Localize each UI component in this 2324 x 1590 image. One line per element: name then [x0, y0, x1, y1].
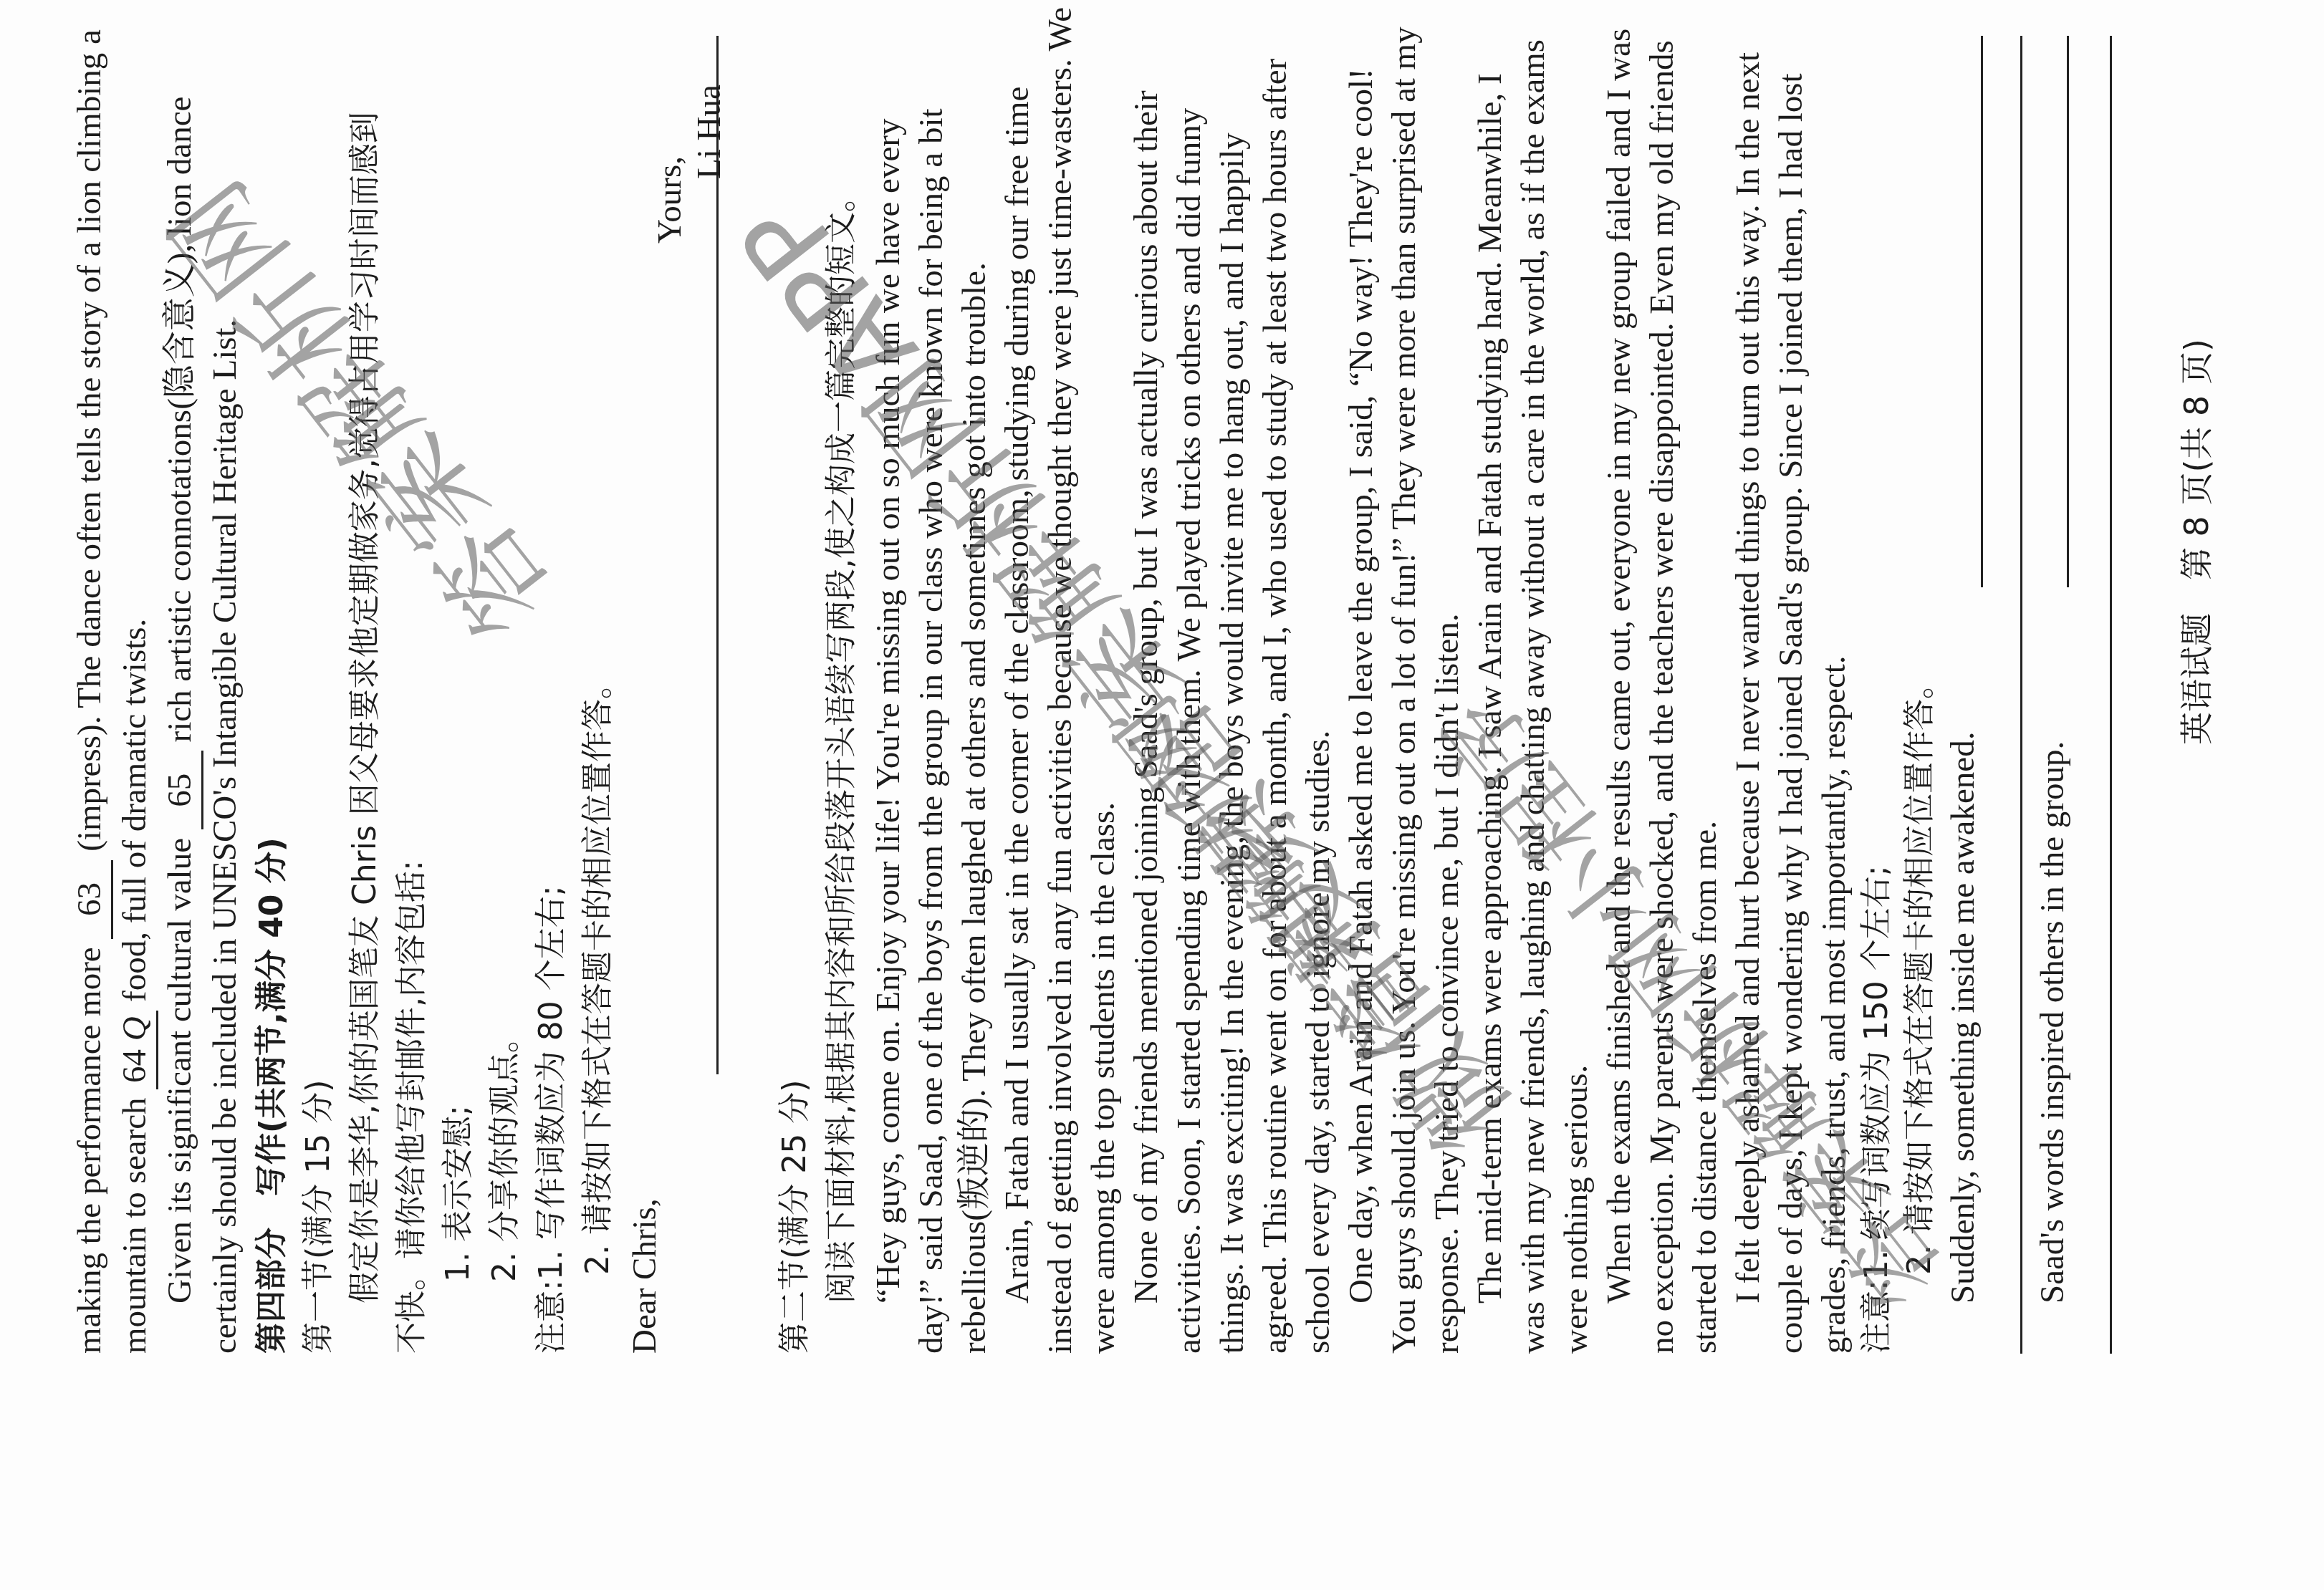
- section2-heading: 第二节(满分 25 分): [774, 1080, 817, 1354]
- part4-heading: 第四部分 写作(共两节,满分 40 分): [251, 837, 294, 1354]
- answer-line[interactable]: [2020, 36, 2022, 1354]
- answer-line[interactable]: [2067, 36, 2069, 587]
- text: making the performance more: [71, 947, 108, 1354]
- section1-prompt-cont: 不快。请你给他写封邮件,内容包括:: [390, 860, 433, 1354]
- notes-label: 注意:: [1858, 1280, 1895, 1354]
- passage-line: mountain to search 64 Q food, full of dr…: [113, 619, 158, 1354]
- page-footer: 英语试题 第 8 页(共 8 页): [2171, 339, 2218, 745]
- section2-notes-2: 2. 请按如下格式在答题卡的相应位置作答。: [1898, 668, 1941, 1275]
- section2-instruction: 阅读下面材料,根据其内容和所给段落开头语续写两段,使之构成一篇完整的短文。: [820, 180, 863, 1354]
- notes-label: 注意:: [533, 1280, 570, 1354]
- passage-line: You guys should join us. You're missing …: [1383, 29, 1426, 1354]
- blank-64[interactable]: 64 Q: [113, 1011, 158, 1089]
- passage-line: instead of getting involved in any fun a…: [1039, 29, 1082, 1354]
- note: 1. 写作词数应为 80 个左右;: [533, 885, 570, 1280]
- text: (impress). The dance often tells the sto…: [71, 29, 108, 852]
- text: mountain to search: [116, 1097, 153, 1354]
- section2-notes-1: 注意:1. 续写词数应为 150 个左右;: [1855, 865, 1898, 1354]
- passage-line: When the exams finished and the results …: [1598, 0, 1641, 1354]
- passage-line: were among the top students in the class…: [1082, 29, 1125, 1354]
- text: rich artistic connotations(隐含意义), lion d…: [161, 97, 198, 743]
- handwritten-note: Q: [116, 1016, 153, 1041]
- passage-line: “Hey guys, come on. Enjoy your life! You…: [867, 0, 910, 1354]
- passage-line: activities. Soon, I started spending tim…: [1168, 29, 1211, 1354]
- notes-1: 注意:1. 写作词数应为 80 个左右;: [530, 885, 573, 1354]
- blank-63[interactable]: 63: [68, 860, 113, 939]
- rotated-exam-page: making the performance more 63 (impress)…: [0, 0, 2324, 1590]
- exam-page: making the performance more 63 (impress)…: [0, 0, 2324, 1590]
- answer-line[interactable]: [2110, 36, 2112, 1354]
- text: Given its significant cultural value: [161, 838, 198, 1304]
- footer-subject: 英语试题: [2177, 613, 2216, 745]
- passage-line: school every day, started to ignore my s…: [1297, 29, 1340, 1354]
- section1-heading: 第一节(满分 15 分): [297, 1080, 340, 1354]
- passage-line: things. It was exciting! In the evening,…: [1211, 29, 1254, 1354]
- point-2: 2. 分享你的观点。: [484, 1021, 527, 1332]
- blank-65[interactable]: 65: [158, 751, 203, 829]
- closing: Yours,: [648, 156, 691, 244]
- passage-line: no exception. My parents were shocked, a…: [1641, 29, 1684, 1354]
- blank-number: 64: [116, 1049, 153, 1083]
- note: 1. 续写词数应为 150 个左右;: [1858, 865, 1895, 1280]
- passage-line: Given its significant cultural value 65 …: [158, 97, 203, 1354]
- passage-line: agreed. This routine went on for about a…: [1254, 29, 1297, 1354]
- signature: Li Hua: [688, 85, 731, 179]
- passage-line: were nothing serious.: [1555, 29, 1598, 1354]
- text: food, full of dramatic twists.: [116, 619, 153, 1002]
- passage-line: was with my new friends, laughing and ch…: [1512, 29, 1555, 1354]
- point-1: 1. 表示安慰;: [437, 1105, 480, 1332]
- para2-opening: Saad's words inspired others in the grou…: [2031, 741, 2074, 1354]
- passage-line: making the performance more 63 (impress)…: [68, 29, 113, 1354]
- para1-opening: Suddenly, something inside me awakened.: [1941, 732, 1984, 1354]
- passage-line: I felt deeply ashamed and hurt because I…: [1727, 0, 1770, 1354]
- passage-line: response. They tried to convince me, but…: [1426, 29, 1469, 1354]
- passage-line: certainly should be included in UNESCO's…: [203, 319, 246, 1354]
- passage-line: day!” said Saad, one of the boys from th…: [910, 29, 953, 1354]
- passage-line: One day, when Arain and Fatah asked me t…: [1340, 0, 1383, 1354]
- passage-line: grades, friends, trust, and most importa…: [1812, 29, 1855, 1354]
- passage-line: rebellious(叛逆的). They often laughed at o…: [953, 29, 996, 1354]
- salutation: Dear Chris,: [623, 1198, 666, 1354]
- passage-line: The mid-term exams were approaching. I s…: [1469, 0, 1512, 1354]
- footer-page-number: 第 8 页(共 8 页): [2177, 339, 2216, 580]
- notes-2: 2. 请按如下格式在答题卡的相应位置作答。: [577, 668, 620, 1275]
- passage-line: couple of days, I kept wondering why I h…: [1770, 29, 1812, 1354]
- section1-prompt: 假定你是李华,你的英国笔友 Chris 因父母要求他定期做家务,觉得占用学习时间…: [344, 112, 387, 1354]
- letter-divider: [716, 36, 719, 1074]
- answer-line[interactable]: [1981, 36, 1983, 587]
- passage-line: Arain, Fatah and I usually sat in the co…: [996, 0, 1039, 1354]
- passage-line: started to distance themselves from me.: [1684, 29, 1727, 1354]
- passage-line: None of my friends mentioned joining Saa…: [1125, 0, 1168, 1354]
